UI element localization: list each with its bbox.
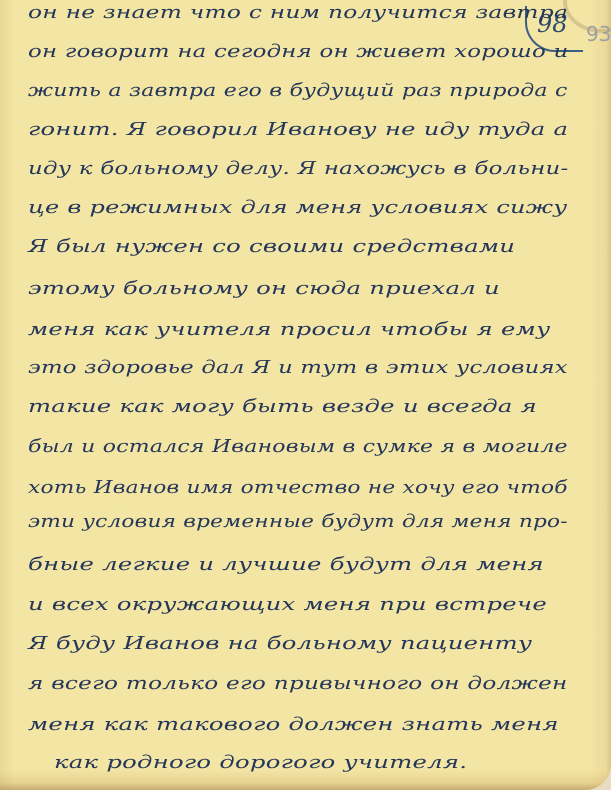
text-line: иду к больному делу. Я нахожусь в больни… (28, 158, 569, 179)
page-bottom-edge (0, 784, 611, 790)
text-line: эти условия временные будут для меня про… (28, 511, 568, 532)
text-line: жить а завтра его в будущий раз природа … (28, 80, 568, 101)
text-line: меня как учителя просил чтобы я ему (28, 319, 550, 340)
text-line: он говорит на сегодня он живет хорошо и (28, 41, 568, 62)
text-line: хоть Иванов имя отчество не хочу его что… (28, 477, 568, 498)
text-line: бные легкие и лучшие будут для меня (28, 554, 544, 575)
text-line: был и остался Ивановым в сумке я в могил… (28, 436, 568, 457)
text-line: такие как могу быть везде и всегда я (28, 396, 537, 417)
text-line: он не знает что с ним получится завтра (28, 2, 568, 23)
text-line: Я был нужен со своими средствами (28, 236, 515, 257)
notebook-page: 98 93 он не знает что с ним получится за… (0, 0, 611, 790)
text-line: я всего только его привычного он должен (28, 673, 568, 694)
text-line: и всех окружающих меня при встрече (28, 594, 547, 615)
text-line: гонит. Я говорил Иванову не иду туда а (28, 119, 568, 140)
text-line: этому больному он сюда приехал и (28, 278, 500, 299)
text-line: меня как такового должен знать меня (28, 714, 559, 735)
text-line: как родного дорогого учителя. (54, 752, 467, 773)
text-line: це в режимных для меня условиях сижу (28, 197, 567, 218)
text-line: это здоровье дал Я и тут в этих условиях (28, 357, 568, 378)
text-line: Я буду Иванов на больному пациенту (28, 633, 532, 654)
page-number-pencil: 93 (586, 22, 611, 46)
